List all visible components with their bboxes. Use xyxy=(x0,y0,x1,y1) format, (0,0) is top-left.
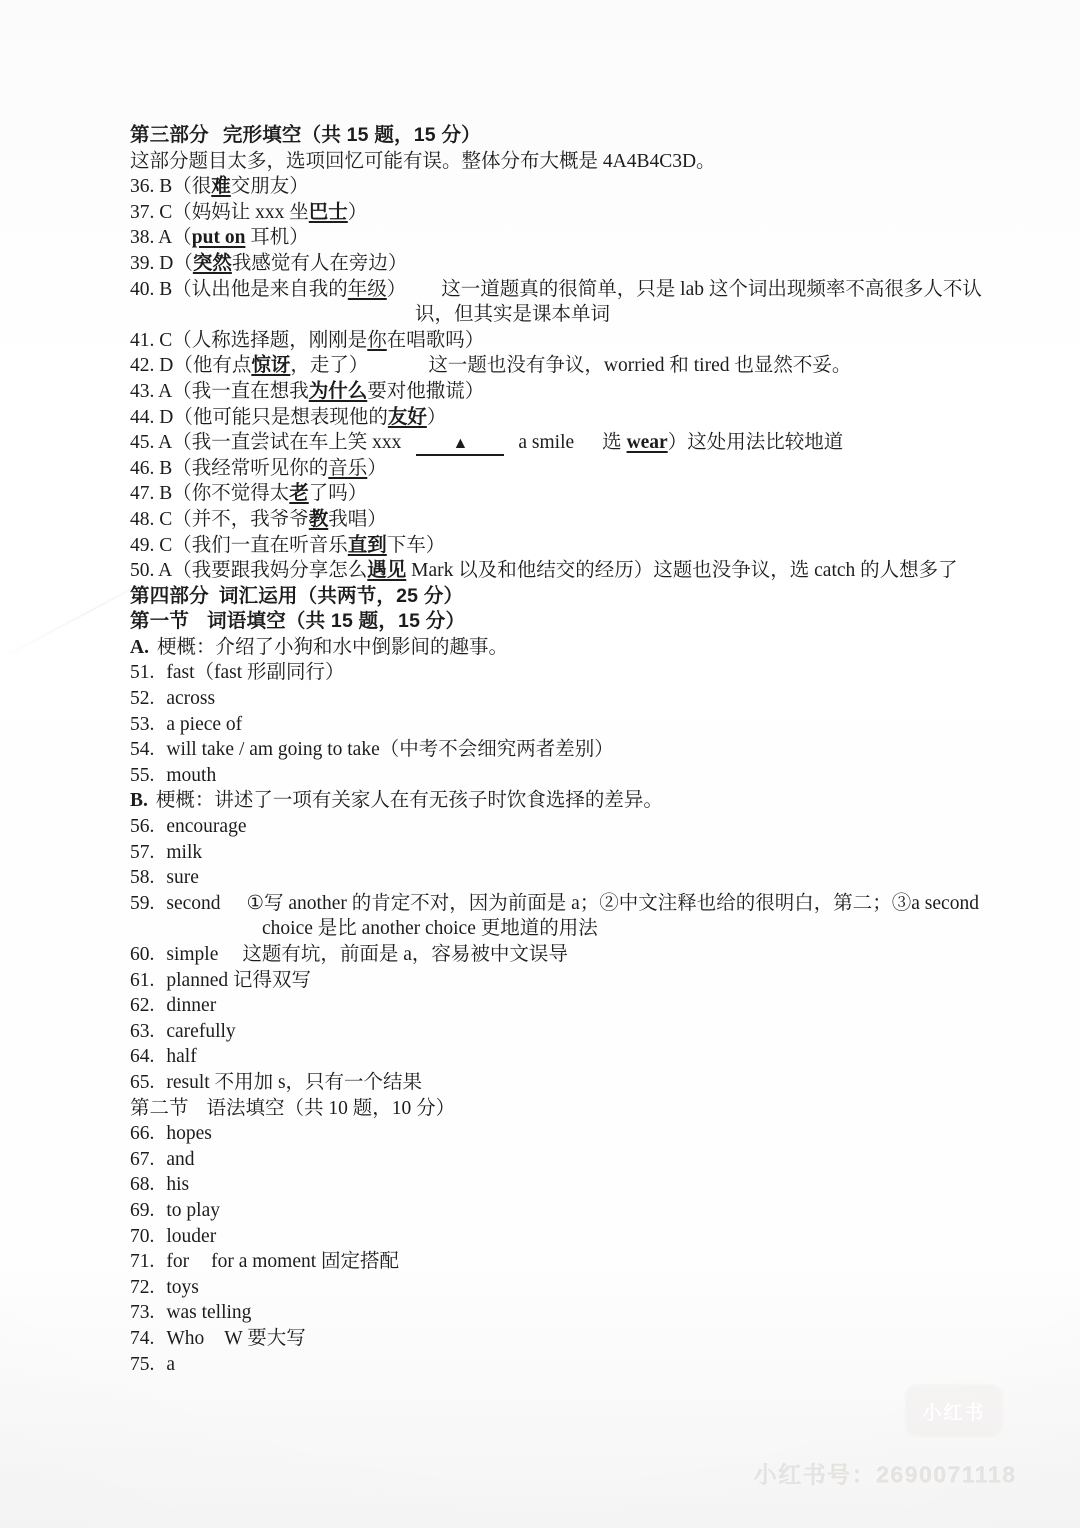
text-run: 67. xyxy=(130,1149,154,1170)
answer-line-56: 56.encourage xyxy=(130,814,1012,840)
spacer xyxy=(221,908,247,909)
spacer xyxy=(368,370,428,371)
text-run: hopes xyxy=(166,1123,212,1144)
text-run: 65. xyxy=(130,1072,154,1093)
text-run: second xyxy=(166,893,220,914)
spacer xyxy=(154,1215,166,1216)
answer-line-57: 57.milk xyxy=(130,840,1012,866)
text-run: 59. xyxy=(130,893,154,914)
continuation-line: 识，但其实是课本单词 xyxy=(130,302,1012,328)
answer-keyword: 遇见 xyxy=(367,560,406,581)
answer-line-39: 39. D（突然我感觉有人在旁边） xyxy=(130,251,1012,277)
text-run: toys xyxy=(166,1277,199,1298)
text-run: B. xyxy=(130,790,148,811)
text-run: ） xyxy=(427,407,447,428)
text-run: 第二节 xyxy=(130,1098,189,1119)
text-run: Mark 以及和他结交的经历）这题也没争议，选 catch 的人想多了 xyxy=(406,560,957,581)
spacer xyxy=(148,805,156,806)
spacer xyxy=(154,985,166,986)
answer-line-60: 60.simple这题有坑，前面是 a，容易被中文误导 xyxy=(130,942,1012,968)
answer-line: B.梗概：讲述了一项有关家人在有无孩子时饮食选择的差异。 xyxy=(130,788,1012,814)
spacer xyxy=(154,703,166,704)
answer-keyword: 突然 xyxy=(193,253,232,274)
text-run: 75. xyxy=(130,1354,154,1375)
section-heading: 第三部分完形填空（共 15 题，15 分） xyxy=(130,123,1012,149)
answer-keyword: 音乐 xyxy=(328,458,367,479)
text-run: 下车） xyxy=(387,535,446,556)
text-run: 73. xyxy=(130,1302,154,1323)
spacer xyxy=(204,1343,224,1344)
spacer xyxy=(154,831,166,832)
scanned-answer-key-page: 第三部分完形填空（共 15 题，15 分）这部分题目太多，选项回忆可能有误。整体… xyxy=(0,0,1080,1528)
text-run: and xyxy=(166,1149,194,1170)
answer-line-42: 42. D（他有点惊讶，走了）这一题也没有争议，worried 和 tired … xyxy=(130,353,1012,379)
text-run: ） xyxy=(387,279,407,300)
answer-line-52: 52.across xyxy=(130,686,1012,712)
text-run: 这部分题目太多，选项回忆可能有误。整体分布大概是 4A4B4C3D。 xyxy=(130,151,716,172)
text-run: 47. B（你不觉得太 xyxy=(130,483,289,504)
text-run: 68. xyxy=(130,1174,154,1195)
answer-keyword: 为什么 xyxy=(309,381,368,402)
text-run: 70. xyxy=(130,1226,154,1247)
spacer xyxy=(154,677,166,678)
text-run: result 不用加 s，只有一个结果 xyxy=(166,1072,422,1093)
answer-keyword: 惊讶 xyxy=(251,355,290,376)
text-run: sure xyxy=(166,867,199,888)
answer-line-65: 65.result 不用加 s，只有一个结果 xyxy=(130,1070,1012,1096)
text-run: choice 是比 another choice 更地道的用法 xyxy=(262,918,598,939)
spacer xyxy=(218,959,242,960)
answer-line-53: 53.a piece of xyxy=(130,712,1012,738)
answer-line-41: 41. C（人称选择题，刚刚是你在唱歌吗） xyxy=(130,328,1012,354)
answer-line-54: 54.will take / am going to take（中考不会细究两者… xyxy=(130,737,1012,763)
text-run: 42. D（他有点 xyxy=(130,355,251,376)
answer-line-73: 73.was telling xyxy=(130,1300,1012,1326)
answer-line-40: 40. B（认出他是来自我的年级）这一道题真的很简单，只是 lab 这个词出现频… xyxy=(130,277,1012,303)
spacer xyxy=(154,882,166,883)
text-run: 第一节 xyxy=(130,610,189,632)
text-run: ） xyxy=(367,458,387,479)
text-run: 52. xyxy=(130,688,154,709)
answer-keyword: 教 xyxy=(309,509,329,530)
text-run: 在唱歌吗） xyxy=(387,330,485,351)
answer-line-74: 74.WhoW 要大写 xyxy=(130,1326,1012,1352)
xiaohongshu-logo-watermark: 小红书 xyxy=(904,1383,1004,1439)
text-run: 这题有坑，前面是 a，容易被中文误导 xyxy=(242,944,568,965)
text-run: 58. xyxy=(130,867,154,888)
spacer xyxy=(154,1087,166,1088)
text-run: for a moment 固定搭配 xyxy=(211,1251,399,1272)
text-run: dinner xyxy=(166,995,216,1016)
answer-line-44: 44. D（他可能只是想表现他的友好） xyxy=(130,405,1012,431)
text-run: 40. B（认出他是来自我的 xyxy=(130,279,348,300)
answer-line-72: 72.toys xyxy=(130,1275,1012,1301)
text-run: 49. C（我们一直在听音乐 xyxy=(130,535,348,556)
text-run: for xyxy=(166,1251,189,1272)
answer-line-49: 49. C（我们一直在听音乐直到下车） xyxy=(130,533,1012,559)
section-heading: 第四部分词汇运用（共两节，25 分） xyxy=(130,584,1012,610)
answer-line-45: 45. A（我一直尝试在车上笑 xxx▲a smile选 wear）这处用法比较… xyxy=(130,430,1012,456)
answer-line-63: 63.carefully xyxy=(130,1019,1012,1045)
text-run: 57. xyxy=(130,842,154,863)
spacer xyxy=(209,140,223,141)
text-run: a xyxy=(166,1354,175,1375)
answer-keyword: 年级 xyxy=(348,279,387,300)
text-run: louder xyxy=(166,1226,216,1247)
text-run: ） xyxy=(348,202,368,223)
text-run: 了吗） xyxy=(309,483,368,504)
answer-line-46: 46. B（我经常听见你的音乐） xyxy=(130,456,1012,482)
spacer xyxy=(154,1138,166,1139)
text-run: 62. xyxy=(130,995,154,1016)
text-run: mouth xyxy=(166,765,216,786)
spacer xyxy=(154,1061,166,1062)
text-run: to play xyxy=(166,1200,220,1221)
text-run: 词汇运用（共两节，25 分） xyxy=(219,585,463,607)
answer-line-66: 66.hopes xyxy=(130,1121,1012,1147)
text-run: 这一题也没有争议，worried 和 tired 也显然不妥。 xyxy=(428,355,851,376)
text-run: 38. A（ xyxy=(130,227,192,248)
answer-keyword: 你 xyxy=(367,330,387,351)
spacer xyxy=(574,447,602,448)
text-run: 语法填空（共 10 题，10 分） xyxy=(207,1098,456,1119)
spacer xyxy=(154,1241,166,1242)
spacer xyxy=(504,447,518,448)
text-run: 55. xyxy=(130,765,154,786)
spacer xyxy=(154,1292,166,1293)
text-run: 74. xyxy=(130,1328,154,1349)
text-run: 要对他撒谎） xyxy=(367,381,484,402)
answer-line-47: 47. B（你不觉得太老了吗） xyxy=(130,481,1012,507)
text-run: 这一道题真的很简单，只是 lab 这个词出现频率不高很多人不认 xyxy=(441,279,982,300)
text-run: 完形填空（共 15 题，15 分） xyxy=(223,124,481,146)
text-run: 71. xyxy=(130,1251,154,1272)
text-run: 梗概：介绍了小狗和水中倒影间的趣事。 xyxy=(157,637,508,658)
text-run: 66. xyxy=(130,1123,154,1144)
text-run: was telling xyxy=(166,1302,251,1323)
answer-line-59: 59.second①写 another 的肯定不对，因为前面是 a；②中文注释也… xyxy=(130,891,1012,917)
text-run: planned 记得双写 xyxy=(166,970,311,991)
text-run: will take / am going to take（中考不会细究两者差别） xyxy=(166,739,613,760)
text-run: 45. A（我一直尝试在车上笑 xxx xyxy=(130,432,401,453)
answer-line-43: 43. A（我一直在想我为什么要对他撒谎） xyxy=(130,379,1012,405)
answer-line-48: 48. C（并不，我爷爷教我唱） xyxy=(130,507,1012,533)
text-run: 56. xyxy=(130,816,154,837)
spacer xyxy=(154,1010,166,1011)
text-run: 41. C（人称选择题，刚刚是 xyxy=(130,330,367,351)
answer-line-68: 68.his xyxy=(130,1172,1012,1198)
answer-keyword: wear xyxy=(627,432,668,453)
spacer xyxy=(154,780,166,781)
text-run: 交朋友） xyxy=(231,176,309,197)
text-run: 我感觉有人在旁边） xyxy=(232,253,408,274)
text-run: ）这处用法比较地道 xyxy=(668,432,844,453)
text-run: 39. D（ xyxy=(130,253,193,274)
text-run: 选 xyxy=(602,432,626,453)
text-run: 第四部分 xyxy=(130,585,209,607)
spacer xyxy=(189,1266,211,1267)
text-run: 69. xyxy=(130,1200,154,1221)
text-run: 50. A（我要跟我妈分享怎么 xyxy=(130,560,367,581)
spacer xyxy=(401,447,416,448)
spacer xyxy=(406,294,441,295)
section-heading: 第一节词语填空（共 15 题，15 分） xyxy=(130,609,1012,635)
text-run: milk xyxy=(166,842,202,863)
text-run: W 要大写 xyxy=(224,1328,305,1349)
answer-keyword: 巴士 xyxy=(309,202,348,223)
text-run: across xyxy=(166,688,215,709)
text-run: fast（fast 形副同行） xyxy=(166,662,344,683)
spacer xyxy=(189,1113,207,1114)
answer-line-67: 67.and xyxy=(130,1147,1012,1173)
text-run: 53. xyxy=(130,714,154,735)
text-run: 51. xyxy=(130,662,154,683)
text-run: A. xyxy=(130,637,149,658)
spacer xyxy=(154,857,166,858)
answer-line-36: 36. B（很难交朋友） xyxy=(130,174,1012,200)
spacer xyxy=(154,1369,166,1370)
text-run: encourage xyxy=(166,816,246,837)
text-run: 54. xyxy=(130,739,154,760)
text-run: 60. xyxy=(130,944,154,965)
answer-line-37: 37. C（妈妈让 xxx 坐巴士） xyxy=(130,200,1012,226)
answer-keyword: put on xyxy=(192,227,246,248)
answer-sheet-content: 第三部分完形填空（共 15 题，15 分）这部分题目太多，选项回忆可能有误。整体… xyxy=(130,123,1012,1377)
text-run: ①写 another 的肯定不对，因为前面是 a；②中文注释也给的很明白，第二；… xyxy=(247,893,979,914)
section-heading: 第二节语法填空（共 10 题，10 分） xyxy=(130,1096,1012,1122)
watermark-badge-text: 小红书 xyxy=(922,1398,985,1425)
spacer xyxy=(154,1036,166,1037)
text-run: Who xyxy=(166,1328,204,1349)
answer-line-61: 61.planned 记得双写 xyxy=(130,968,1012,994)
text-run: 63. xyxy=(130,1021,154,1042)
spacer xyxy=(154,1317,166,1318)
text-run: 我唱） xyxy=(328,509,387,530)
answer-line-75: 75.a xyxy=(130,1352,1012,1378)
answer-keyword: 友好 xyxy=(388,407,427,428)
answer-line-50: 50. A（我要跟我妈分享怎么遇见 Mark 以及和他结交的经历）这题也没争议，… xyxy=(130,558,1012,584)
answer-line-51: 51.fast（fast 形副同行） xyxy=(130,660,1012,686)
answer-line-69: 69.to play xyxy=(130,1198,1012,1224)
spacer xyxy=(209,601,219,602)
text-run: 43. A（我一直在想我 xyxy=(130,381,309,402)
answer-line-64: 64.half xyxy=(130,1044,1012,1070)
spacer xyxy=(154,1343,166,1344)
spacer xyxy=(154,1266,166,1267)
answer-line: A.梗概：介绍了小狗和水中倒影间的趣事。 xyxy=(130,635,1012,661)
text-run: 梗概：讲述了一项有关家人在有无孩子时饮食选择的差异。 xyxy=(156,790,663,811)
text-run: 48. C（并不，我爷爷 xyxy=(130,509,309,530)
text-run: 词语填空（共 15 题，15 分） xyxy=(207,610,465,632)
xiaohongshu-id-watermark: 小红书号：2690071118 xyxy=(753,1456,1016,1489)
text-run: 61. xyxy=(130,970,154,991)
text-run: half xyxy=(166,1046,196,1067)
blank-triangle-marker: ▲ xyxy=(416,434,504,456)
spacer xyxy=(149,652,157,653)
continuation-line: choice 是比 another choice 更地道的用法 xyxy=(130,916,1012,942)
text-run: 耳机） xyxy=(245,227,308,248)
spacer xyxy=(154,754,166,755)
spacer xyxy=(154,729,166,730)
text-run: 46. B（我经常听见你的 xyxy=(130,458,328,479)
text-run: ，走了） xyxy=(290,355,368,376)
text-run: 37. C（妈妈让 xxx 坐 xyxy=(130,202,309,223)
text-run: simple xyxy=(166,944,218,965)
text-run: a piece of xyxy=(166,714,242,735)
answer-keyword: 老 xyxy=(289,483,309,504)
text-run: his xyxy=(166,1174,189,1195)
answer-line-70: 70.louder xyxy=(130,1224,1012,1250)
text-run: 64. xyxy=(130,1046,154,1067)
spacer xyxy=(154,959,166,960)
answer-line-58: 58.sure xyxy=(130,865,1012,891)
text-run: 36. B（很 xyxy=(130,176,211,197)
note-line: 这部分题目太多，选项回忆可能有误。整体分布大概是 4A4B4C3D。 xyxy=(130,149,1012,175)
text-run: 72. xyxy=(130,1277,154,1298)
answer-keyword: 难 xyxy=(211,176,231,197)
text-run: a smile xyxy=(518,432,574,453)
answer-line-38: 38. A（put on 耳机） xyxy=(130,225,1012,251)
spacer xyxy=(189,626,207,627)
answer-line-55: 55.mouth xyxy=(130,763,1012,789)
answer-line-71: 71.forfor a moment 固定搭配 xyxy=(130,1249,1012,1275)
text-run: 识，但其实是课本单词 xyxy=(415,304,610,325)
spacer xyxy=(154,1189,166,1190)
spacer xyxy=(154,908,166,909)
answer-keyword: 直到 xyxy=(348,535,387,556)
spacer xyxy=(154,1164,166,1165)
text-run: 44. D（他可能只是想表现他的 xyxy=(130,407,388,428)
text-run: 第三部分 xyxy=(130,124,209,146)
answer-line-62: 62.dinner xyxy=(130,993,1012,1019)
text-run: carefully xyxy=(166,1021,235,1042)
